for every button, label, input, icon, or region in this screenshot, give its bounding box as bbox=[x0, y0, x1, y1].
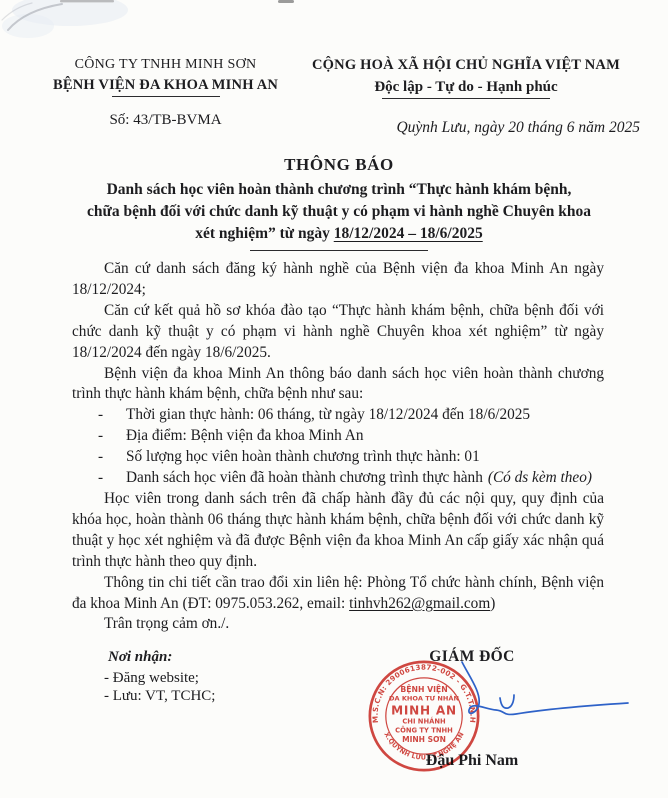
recipients-block: Nơi nhận: - Đăng website; - Lưu: VT, TCH… bbox=[108, 648, 215, 706]
title-date-range: 18/12/2024 – 18/6/2025 bbox=[334, 225, 483, 242]
bullet-dash: - bbox=[98, 405, 126, 426]
paragraph-closing: Trân trọng cảm ơn./. bbox=[72, 614, 604, 635]
bullet-dash: - bbox=[98, 447, 126, 468]
list-item: - Số lượng học viên hoàn thành chương tr… bbox=[72, 447, 604, 468]
seal-line-minh-son: MINH SƠN bbox=[402, 735, 446, 744]
bullet-dash: - bbox=[98, 468, 126, 489]
list-item: - Địa điểm: Bệnh viện đa khoa Minh An bbox=[72, 426, 604, 447]
paragraph-contact: Thông tin chi tiết cần trao đổi xin liên… bbox=[72, 573, 604, 615]
signature-stroke bbox=[438, 656, 638, 728]
list-item-text: Địa điểm: Bệnh viện đa khoa Minh An bbox=[126, 426, 364, 447]
doc-title-block: THÔNG BÁO Danh sách học viên hoàn thành … bbox=[66, 155, 612, 251]
recipient-item: - Đăng website; bbox=[104, 669, 215, 688]
doc-type-heading: THÔNG BÁO bbox=[66, 155, 612, 175]
motto-underline bbox=[382, 98, 550, 99]
email-address: tinhvh262@gmail.com bbox=[349, 595, 490, 612]
doc-title-line-3: xét nghiệm” từ ngày 18/12/2024 – 18/6/20… bbox=[66, 223, 612, 245]
bullet-dash: - bbox=[98, 426, 126, 447]
issuer-company: CÔNG TY TNHH MINH SƠN bbox=[38, 57, 293, 73]
list-item: - Danh sách học viên đã hoàn thành chươn… bbox=[72, 468, 604, 489]
scan-artifact bbox=[0, 0, 668, 60]
document-page: CÔNG TY TNHH MINH SƠN BỆNH VIỆN ĐA KHOA … bbox=[0, 0, 668, 798]
national-motto-block: CỘNG HOÀ XÃ HỘI CHỦ NGHĨA VIỆT NAM Độc l… bbox=[300, 57, 632, 99]
doc-number: Số: 43/TB-BVMA bbox=[38, 112, 293, 129]
doc-title-line-1: Danh sách học viên hoàn thành chương trì… bbox=[66, 179, 612, 201]
paragraph-basis-2: Căn cứ kết quả hồ sơ khóa đào tạo “Thực … bbox=[72, 301, 604, 364]
national-motto: Độc lập - Tự do - Hạnh phúc bbox=[300, 79, 632, 96]
paragraph-basis-1: Căn cứ danh sách đăng ký hành nghề của B… bbox=[72, 259, 604, 301]
place-date: Quỳnh Lưu, ngày 20 tháng 6 năm 2025 bbox=[370, 119, 640, 137]
paragraph-announce: Bệnh viện đa khoa Minh An thông báo danh… bbox=[72, 364, 604, 406]
issuer-block: CÔNG TY TNHH MINH SƠN BỆNH VIỆN ĐA KHOA … bbox=[38, 57, 293, 129]
paragraph-confirmation: Học viên trong danh sách trên đã chấp hà… bbox=[72, 489, 604, 573]
issuer-underline bbox=[112, 96, 220, 97]
doc-body: Căn cứ danh sách đăng ký hành nghề của B… bbox=[72, 259, 604, 635]
issuer-org: BỆNH VIỆN ĐA KHOA MINH AN bbox=[38, 77, 293, 94]
attachment-note: (Có ds kèm theo) bbox=[488, 469, 592, 486]
list-item-text: Danh sách học viên đã hoàn thành chương … bbox=[126, 468, 592, 489]
list-item-text: Số lượng học viên hoàn thành chương trìn… bbox=[126, 447, 480, 468]
title-separator bbox=[250, 250, 428, 251]
national-title: CỘNG HOÀ XÃ HỘI CHỦ NGHĨA VIỆT NAM bbox=[300, 57, 632, 74]
list-item-text: Thời gian thực hành: 06 tháng, từ ngày 1… bbox=[126, 405, 530, 426]
list-item: - Thời gian thực hành: 06 tháng, từ ngày… bbox=[72, 405, 604, 426]
recipients-label: Nơi nhận: bbox=[108, 648, 215, 667]
doc-title-line-2: chữa bệnh đối với chức danh kỹ thuật y c… bbox=[66, 201, 612, 223]
recipient-item: - Lưu: VT, TCHC; bbox=[104, 687, 215, 706]
